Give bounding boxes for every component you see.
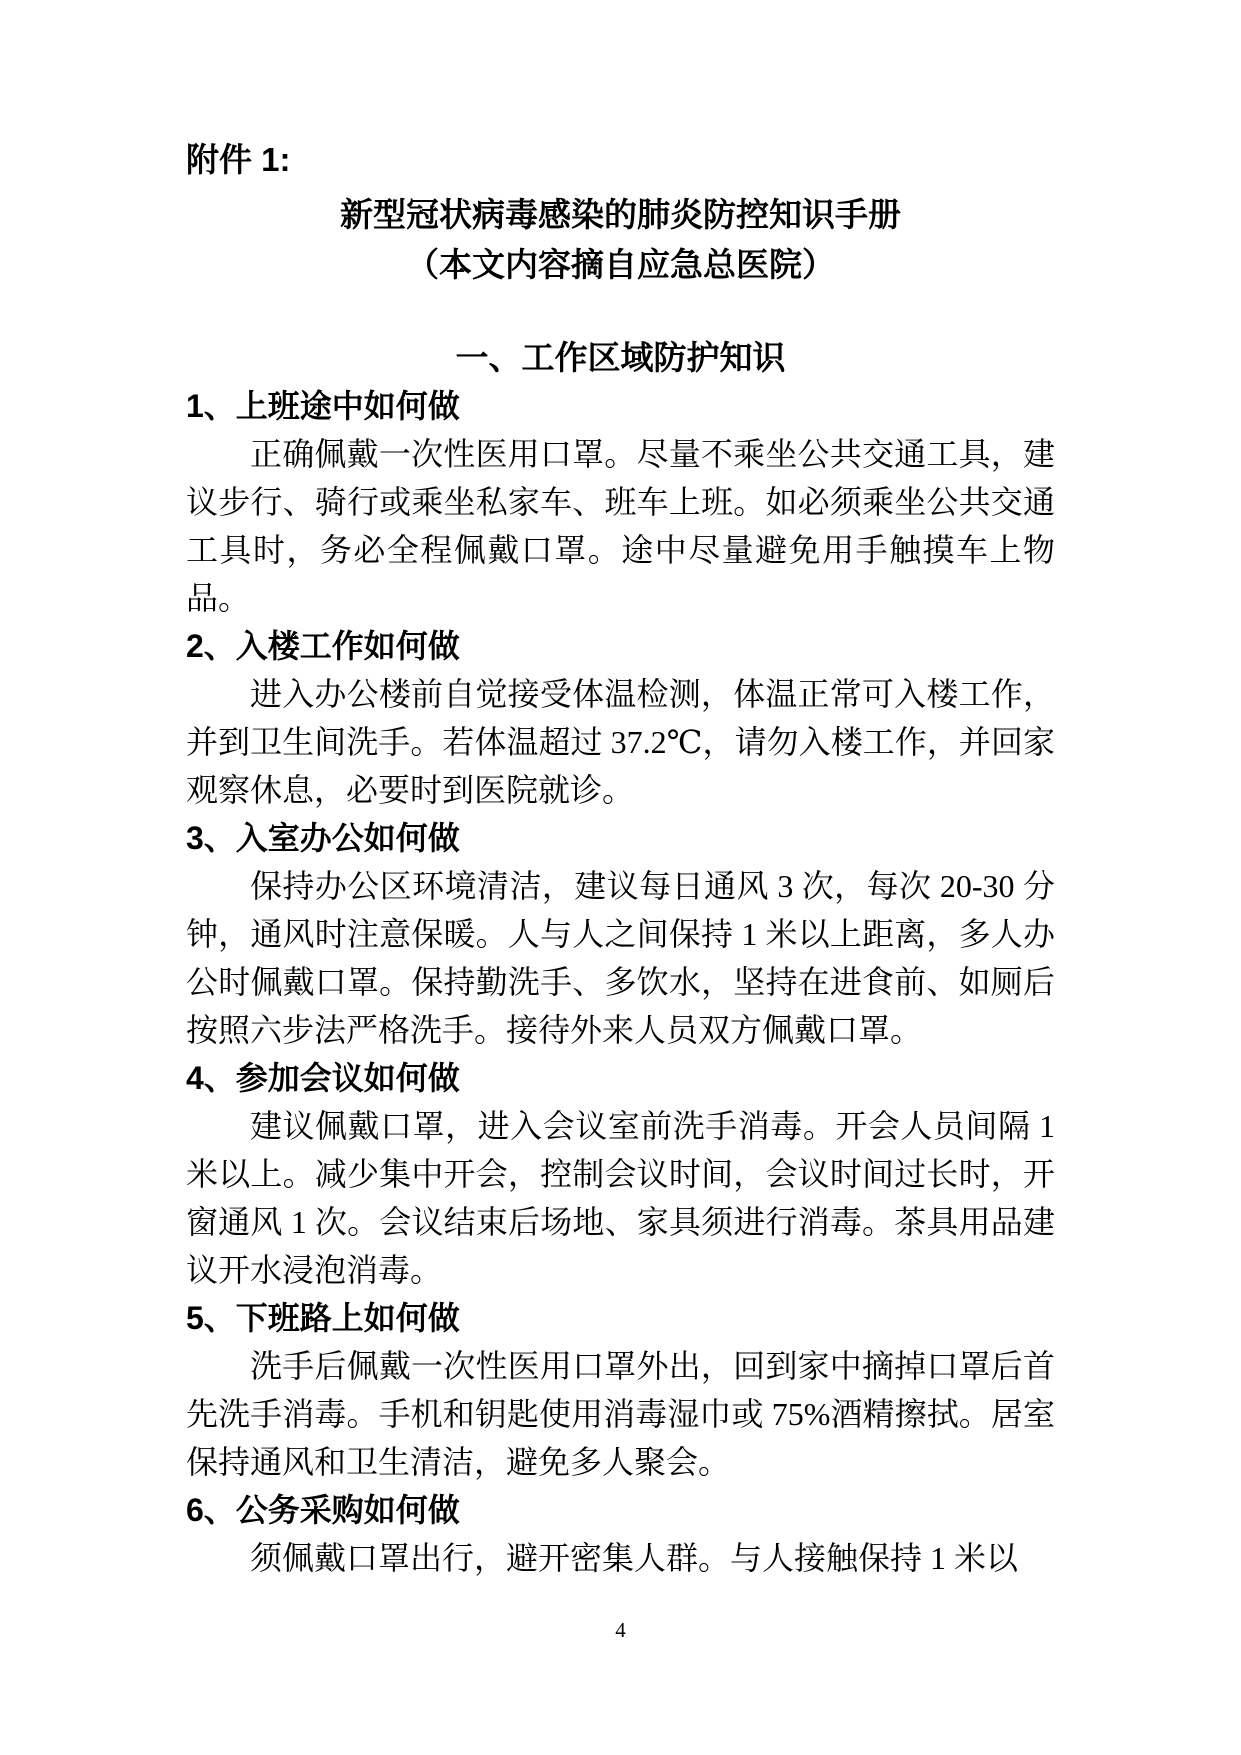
item-body: 进入办公楼前自觉接受体温检测，体温正常可入楼工作，并到卫生间洗手。若体温超过 3… <box>186 670 1055 814</box>
item-heading: 4、参加会议如何做 <box>186 1054 1055 1102</box>
item-body: 洗手后佩戴一次性医用口罩外出，回到家中摘掉口罩后首先洗手消毒。手机和钥匙使用消毒… <box>186 1342 1055 1486</box>
item-heading: 1、上班途中如何做 <box>186 382 1055 430</box>
item-body: 建议佩戴口罩，进入会议室前洗手消毒。开会人员间隔 1 米以上。减少集中开会，控制… <box>186 1102 1055 1294</box>
page-number: 4 <box>0 1616 1241 1644</box>
item-heading: 5、下班路上如何做 <box>186 1294 1055 1342</box>
list-item: 3、入室办公如何做 保持办公区环境清洁，建议每日通风 3 次，每次 20-30 … <box>186 814 1055 1054</box>
item-body: 须佩戴口罩出行，避开密集人群。与人接触保持 1 米以 <box>186 1534 1055 1582</box>
section-heading: 一、工作区域防护知识 <box>186 334 1055 382</box>
item-body: 正确佩戴一次性医用口罩。尽量不乘坐公共交通工具，建议步行、骑行或乘坐私家车、班车… <box>186 430 1055 622</box>
document-content: 附件 1: 新型冠状病毒感染的肺炎防控知识手册 （本文内容摘自应急总医院） 一、… <box>0 0 1241 1582</box>
document-title: 新型冠状病毒感染的肺炎防控知识手册 <box>186 190 1055 240</box>
attachment-label: 附件 1: <box>186 136 1055 184</box>
list-item: 4、参加会议如何做 建议佩戴口罩，进入会议室前洗手消毒。开会人员间隔 1 米以上… <box>186 1054 1055 1294</box>
document-subtitle: （本文内容摘自应急总医院） <box>186 240 1055 290</box>
list-item: 2、入楼工作如何做 进入办公楼前自觉接受体温检测，体温正常可入楼工作，并到卫生间… <box>186 622 1055 814</box>
item-heading: 6、公务采购如何做 <box>186 1486 1055 1534</box>
item-heading: 2、入楼工作如何做 <box>186 622 1055 670</box>
item-body: 保持办公区环境清洁，建议每日通风 3 次，每次 20-30 分钟，通风时注意保暖… <box>186 862 1055 1054</box>
list-item: 6、公务采购如何做 须佩戴口罩出行，避开密集人群。与人接触保持 1 米以 <box>186 1486 1055 1582</box>
item-heading: 3、入室办公如何做 <box>186 814 1055 862</box>
list-item: 5、下班路上如何做 洗手后佩戴一次性医用口罩外出，回到家中摘掉口罩后首先洗手消毒… <box>186 1294 1055 1486</box>
document-page: 附件 1: 新型冠状病毒感染的肺炎防控知识手册 （本文内容摘自应急总医院） 一、… <box>0 0 1241 1755</box>
list-item: 1、上班途中如何做 正确佩戴一次性医用口罩。尽量不乘坐公共交通工具，建议步行、骑… <box>186 382 1055 622</box>
